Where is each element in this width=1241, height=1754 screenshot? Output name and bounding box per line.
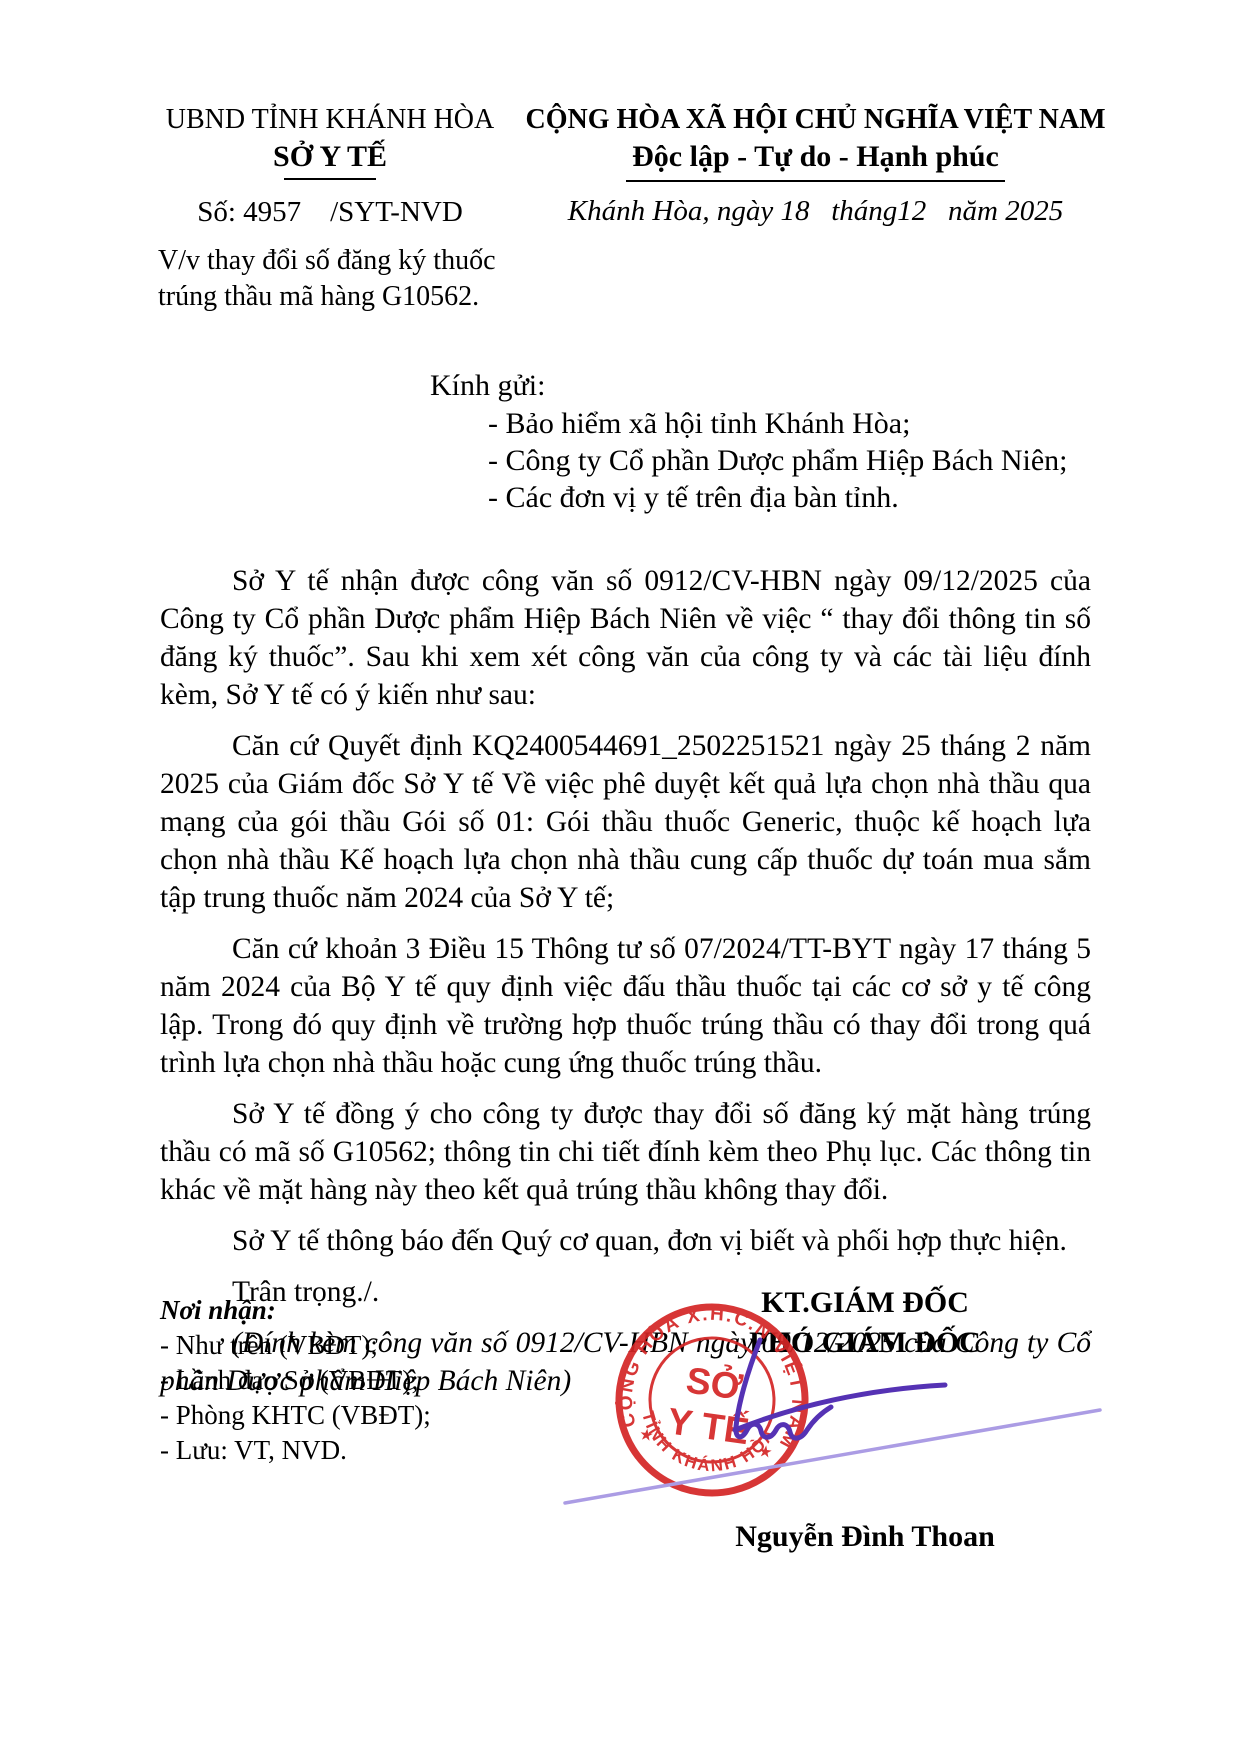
cc-item: - Lãnh đạo Sở (VBĐT);	[160, 1363, 431, 1398]
cc-item: - Như trên (VBĐT);	[160, 1328, 431, 1363]
body-paragraph: Sở Y tế thông báo đến Quý cơ quan, đơn v…	[160, 1222, 1091, 1260]
cc-item: - Phòng KHTC (VBĐT);	[160, 1398, 431, 1433]
issuer-parent-org: UBND TỈNH KHÁNH HÒA	[150, 103, 510, 137]
body-paragraph: Căn cứ khoản 3 Điều 15 Thông tư số 07/20…	[160, 930, 1091, 1082]
subject-line-2: trúng thầu mã hàng G10562.	[158, 281, 479, 312]
issuer-underline	[284, 178, 376, 180]
national-motto: Độc lập - Tự do - Hạnh phúc	[626, 139, 1005, 182]
signature-tail-line	[565, 1410, 1100, 1503]
official-letter-page: UBND TỈNH KHÁNH HÒA SỞ Y TẾ Số: 4957 /SY…	[0, 0, 1241, 1754]
document-number: Số: 4957 /SYT-NVD	[150, 196, 510, 229]
place-and-date: Khánh Hòa, ngày 18 tháng12 năm 2025	[510, 195, 1121, 228]
cc-block: Nơi nhận: - Như trên (VBĐT); - Lãnh đạo …	[160, 1292, 431, 1468]
body-paragraph: Căn cứ Quyết định KQ2400544691_250225152…	[160, 727, 1091, 917]
national-title: CỘNG HÒA XÃ HỘI CHỦ NGHĨA VIỆT NAM	[510, 103, 1121, 137]
issuer-block: UBND TỈNH KHÁNH HÒA SỞ Y TẾ Số: 4957 /SY…	[150, 103, 510, 315]
recipient-item: - Công ty Cổ phần Dược phẩm Hiệp Bách Ni…	[488, 442, 1241, 479]
signer-name: Nguyễn Đình Thoan	[650, 1520, 1080, 1554]
subject-line: V/v thay đổi số đăng ký thuốc trúng thầu…	[150, 243, 510, 315]
national-motto-wrap: Độc lập - Tự do - Hạnh phúc	[510, 139, 1121, 182]
letter-header: UBND TỈNH KHÁNH HÒA SỞ Y TẾ Số: 4957 /SY…	[0, 0, 1241, 315]
national-header-block: CỘNG HÒA XÃ HỘI CHỦ NGHĨA VIỆT NAM Độc l…	[510, 103, 1121, 315]
recipient-item: - Bảo hiểm xã hội tỉnh Khánh Hòa;	[488, 405, 1241, 442]
subject-line-1: V/v thay đổi số đăng ký thuốc	[158, 245, 496, 276]
body-paragraph: Sở Y tế nhận được công văn số 0912/CV-HB…	[160, 562, 1091, 714]
salutation: Kính gửi:	[430, 367, 1241, 405]
cc-label: Nơi nhận:	[160, 1292, 431, 1328]
letter-body: Sở Y tế nhận được công văn số 0912/CV-HB…	[160, 562, 1091, 1400]
recipient-item: - Các đơn vị y tế trên địa bàn tỉnh.	[488, 479, 1241, 516]
handwritten-signature	[555, 1335, 1115, 1515]
body-paragraph: Sở Y tế đồng ý cho công ty được thay đổi…	[160, 1095, 1091, 1209]
cc-item: - Lưu: VT, NVD.	[160, 1433, 431, 1468]
signature-upstroke	[735, 1385, 945, 1430]
recipient-list: - Bảo hiểm xã hội tỉnh Khánh Hòa; - Công…	[488, 405, 1241, 516]
issuer-org: SỞ Y TẾ	[150, 139, 510, 175]
